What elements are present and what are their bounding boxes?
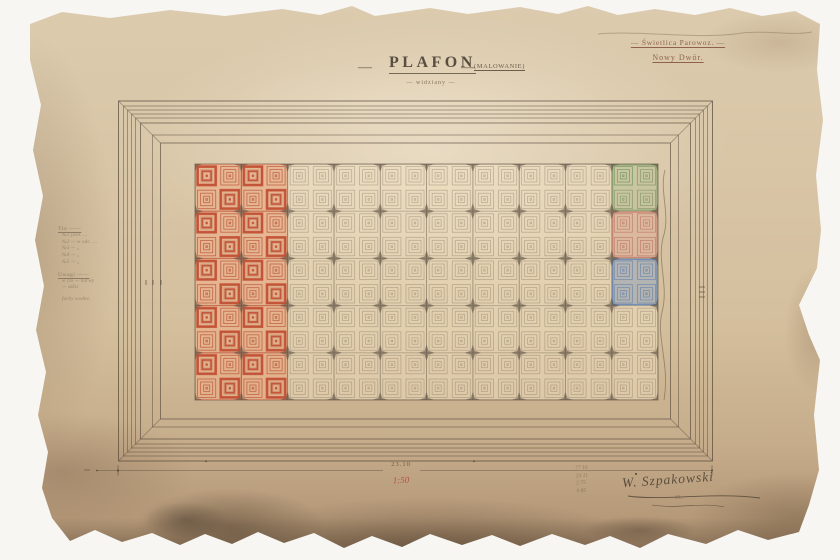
calc-line: 77 16 (575, 465, 588, 473)
site-note: — Świetlica Parowoz. — Nowy Dwór. (598, 38, 758, 65)
scale-label: 1:50 (380, 474, 422, 485)
legend-note: farby wodne. (58, 297, 176, 304)
legend: Tło —— №1 jasn. … №2 — w odc. … №3 — „ №… (58, 226, 176, 304)
calc-scribbles: 77 16 23 11 2 75 0 85 (575, 465, 589, 496)
site-note-line1: — Świetlica Parowoz. — (598, 38, 758, 47)
title-dash-left: — (358, 60, 373, 76)
signature-flourish (628, 496, 760, 507)
calc-line: 0 85 (576, 487, 589, 495)
signature-date: · 19.. (672, 495, 683, 502)
brace-squiggle (660, 170, 665, 400)
title-subtitle: — widziany — (397, 80, 465, 86)
photo-backdrop: — PLAFON — (MALOWANIE) — widziany — — Św… (0, 0, 840, 560)
drawing-sheet: — PLAFON — (MALOWANIE) — widziany — — Św… (0, 0, 840, 560)
site-note-line2: Nowy Dwór. (652, 53, 703, 62)
rosette-chains (195, 164, 658, 400)
legend-item: №1 jasn. … (58, 233, 176, 240)
legend-header-background: Tło —— (58, 226, 176, 233)
legend-item: №4 — „ (58, 253, 176, 260)
dimension-label: 23.10 (378, 461, 424, 468)
legend-note: — szkic (58, 285, 176, 292)
legend-header-notes: Uwagi —— (58, 272, 176, 279)
legend-note: w cm — barwy (58, 279, 176, 286)
title-annotation: (MALOWANIE) (474, 63, 525, 70)
legend-item: №5 — „ (58, 260, 176, 267)
paper-crease (598, 32, 812, 36)
